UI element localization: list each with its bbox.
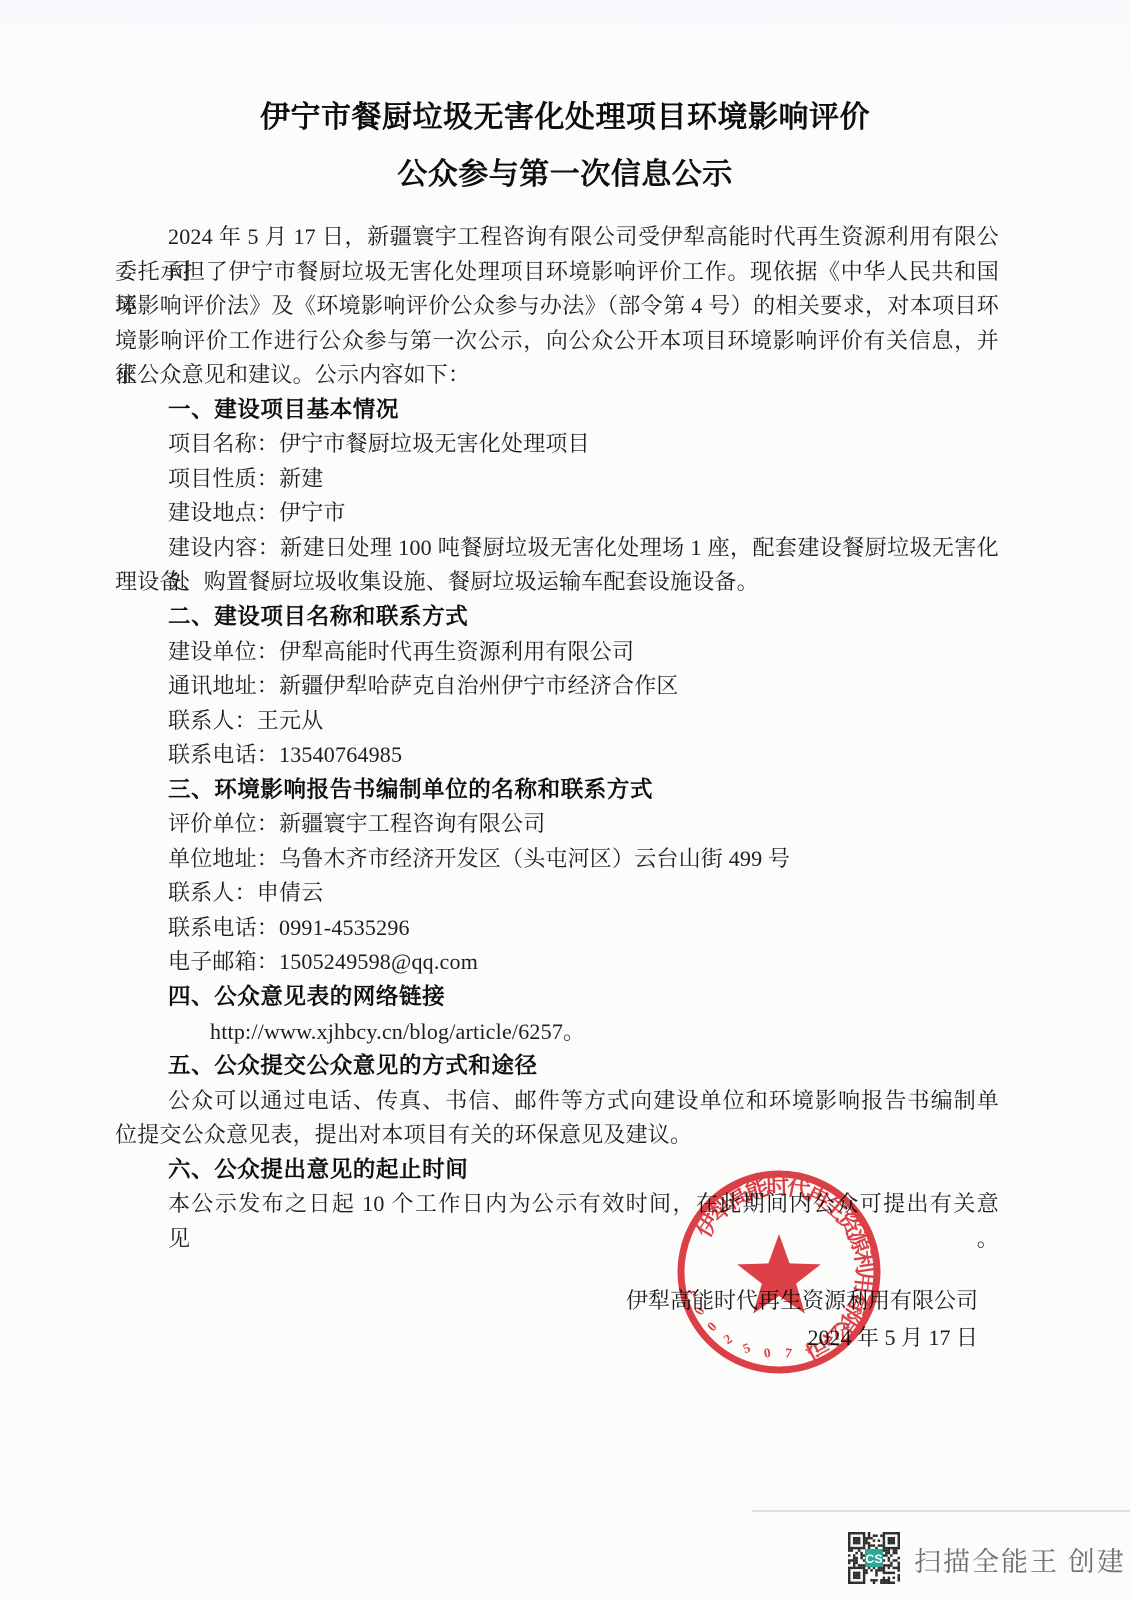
svg-text:0: 0 <box>763 1345 772 1361</box>
document-line: 委托承担了伊宁市餐厨垃圾无害化处理项目环境影响评价工作。现依据《中华人民共和国环 <box>115 255 999 290</box>
document-line: 单位地址：乌鲁木齐市经济开发区（头屯河区）云台山街 499 号 <box>115 842 999 877</box>
document-line: 建设单位：伊犁高能时代再生资源利用有限公司 <box>115 635 999 670</box>
title-line-2: 公众参与第一次信息公示 <box>0 155 1130 195</box>
svg-text:5: 5 <box>741 1340 753 1357</box>
document-title: 伊宁市餐厨垃圾无害化处理项目环境影响评价 公众参与第一次信息公示 <box>0 98 1130 195</box>
scan-artifact-line <box>752 1510 1130 1512</box>
section-heading: 二、建设项目名称和联系方式 <box>115 600 999 635</box>
document-line: 联系人：王元从 <box>115 704 999 739</box>
svg-text:7: 7 <box>784 1345 793 1361</box>
document-line: 评价单位：新疆寰宇工程咨询有限公司 <box>115 807 999 842</box>
document-line: 境影响评价工作进行公众参与第一次公示，向公众公开本项目环境影响评价有关信息，并征 <box>115 324 999 359</box>
document-line: 联系人：申倩云 <box>115 876 999 911</box>
document-line: 项目性质：新建 <box>115 462 999 497</box>
document-line: 公众可以通过电话、传真、书信、邮件等方式向建设单位和环境影响报告书编制单 <box>115 1084 999 1119</box>
section-heading: 一、建设项目基本情况 <box>115 393 999 428</box>
svg-text:2: 2 <box>721 1331 735 1347</box>
section-heading: 四、公众意见表的网络链接 <box>115 980 999 1015</box>
document-line: 联系电话：13540764985 <box>115 738 999 773</box>
document-line: 境影响评价法》及《环境影响评价公众参与办法》（部令第 4 号）的相关要求，对本项… <box>115 289 999 324</box>
section-heading: 五、公众提交公众意见的方式和途径 <box>115 1049 999 1084</box>
document-line: 电子邮箱：1505249598@qq.com <box>115 945 999 980</box>
qr-code: CS <box>848 1532 900 1584</box>
document-line: 项目名称：伊宁市餐厨垃圾无害化处理项目 <box>115 427 999 462</box>
camscanner-badge-letters: CS <box>865 1552 882 1566</box>
scanned-document-page: 伊宁市餐厨垃圾无害化处理项目环境影响评价 公众参与第一次信息公示 2024 年 … <box>0 0 1130 1600</box>
document-body: 2024 年 5 月 17 日，新疆寰宇工程咨询有限公司受伊犁高能时代再生资源利… <box>115 220 999 1222</box>
document-line: 通讯地址：新疆伊犁哈萨克自治州伊宁市经济合作区 <box>115 669 999 704</box>
title-line-1: 伊宁市餐厨垃圾无害化处理项目环境影响评价 <box>0 98 1130 138</box>
section-heading: 三、环境影响报告书编制单位的名称和联系方式 <box>115 773 999 808</box>
document-line: http://www.xjhbcy.cn/blog/article/6257。 <box>115 1015 999 1050</box>
document-line: 2024 年 5 月 17 日，新疆寰宇工程咨询有限公司受伊犁高能时代再生资源利… <box>115 220 999 255</box>
document-line: 求公众意见和建议。公示内容如下： <box>115 358 999 393</box>
star-icon <box>737 1234 821 1314</box>
company-seal-stamp: 伊犁高能时代再生资源利用有限公司 30025074878 <box>671 1164 887 1380</box>
document-line: 位提交公众意见表，提出对本项目有关的环保意见及建议。 <box>115 1118 999 1153</box>
document-line: 建设地点：伊宁市 <box>115 496 999 531</box>
document-line: 建设内容：新建日处理 100 吨餐厨垃圾无害化处理场 1 座，配套建设餐厨垃圾无… <box>115 531 999 566</box>
svg-text:0: 0 <box>704 1319 720 1334</box>
camscanner-watermark-text: 扫描全能王 创建 <box>914 1540 1126 1579</box>
document-line: 理设备、购置餐厨垃圾收集设施、餐厨垃圾运输车配套设施设备。 <box>115 565 999 600</box>
document-line: 联系电话：0991-4535296 <box>115 911 999 946</box>
